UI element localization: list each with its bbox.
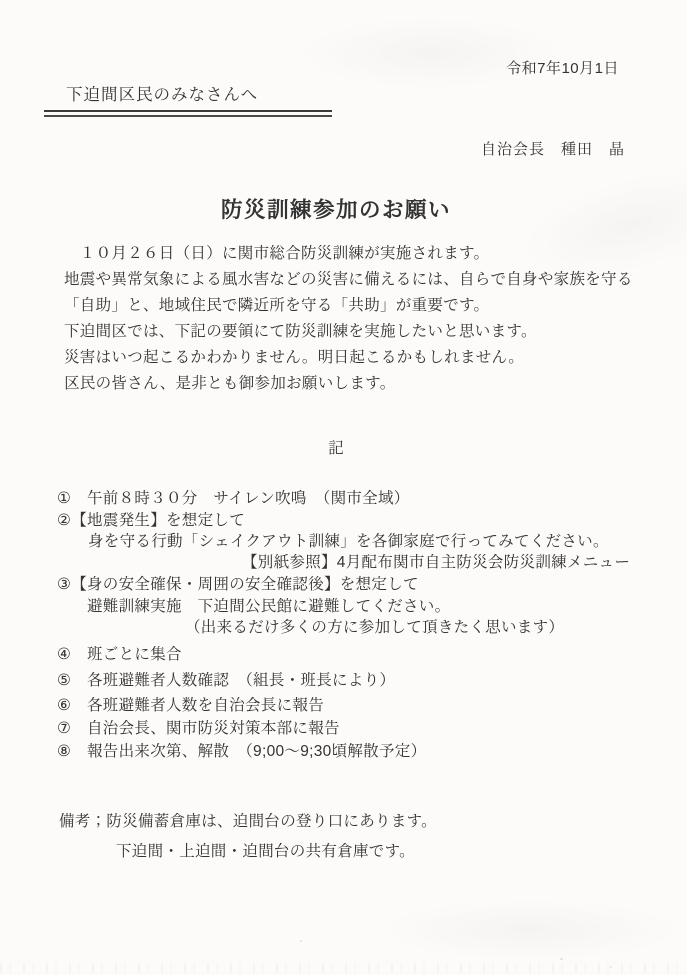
intro-line: 区民の皆さん、是非とも御参加お願いします。 — [64, 374, 396, 393]
step-5: ⑤ 各班避難者人数確認 （組長・班長により） — [57, 671, 395, 690]
addressee-double-underline — [44, 110, 332, 117]
remarks-line-1: 備考；防災備蓄倉庫は、迫間台の登り口にあります。 — [59, 812, 437, 831]
scan-speck — [610, 966, 612, 968]
signature-line: 自治会長 種田 晶 — [481, 141, 625, 160]
document-title: 防災訓練参加のお願い — [0, 193, 672, 224]
step-3-note: （出来るだけ多くの方に参加して頂きたく思います） — [185, 618, 564, 637]
step-3-detail: 避難訓練実施 下迫間公民館に避難してください。 — [87, 597, 450, 616]
step-2-reference: 【別紙参照】4月配布関市自主防災会防災訓練メニュー — [242, 553, 630, 572]
step-8: ⑧ 報告出来次第、解散 （9;00～9;30頃解散予定） — [57, 742, 426, 761]
addressee-line: 下迫間区民のみなさんへ — [66, 85, 258, 106]
date-line: 令和7年10月1日 — [506, 60, 619, 79]
intro-line: 災害はいつ起こるかわかりません。明日起こるかもしれません。 — [64, 348, 524, 367]
scanned-notice-page: 令和7年10月1日 下迫間区民のみなさんへ 自治会長 種田 晶 防災訓練参加のお… — [0, 0, 687, 975]
step-7: ⑦ 自治会長、関市防災対策本部に報告 — [57, 719, 340, 738]
remarks-line-2: 下迫間・上迫間・迫間台の共有倉庫です。 — [116, 842, 415, 861]
step-4: ④ 班ごとに集合 — [57, 645, 182, 664]
scan-speck — [560, 958, 563, 960]
scan-speck — [300, 940, 302, 942]
intro-line: 下迫間区では、下記の要領にて防災訓練を実施したいと思います。 — [64, 322, 537, 341]
step-3: ③【身の安全確保・周囲の安全確認後】を想定して — [57, 575, 419, 594]
step-2: ②【地震発生】を想定して — [57, 511, 245, 530]
intro-line: 「自助」と、地域住民で隣近所を守る「共助」が重要です。 — [64, 296, 489, 315]
scan-noise-band — [0, 963, 687, 973]
scan-smudge — [380, 900, 680, 960]
intro-line: １０月２６日（日）に関市総合防災訓練が実施されます。 — [64, 244, 489, 263]
intro-line: 地震や異常気象による風水害などの災害に備えるには、自らで自身や家族を守る — [64, 270, 633, 289]
step-2-detail: 身を守る行動「シェイクアウト訓練」を各御家庭で行ってみてください。 — [88, 532, 609, 551]
step-6: ⑥ 各班避難者人数を自治会長に報告 — [57, 696, 324, 715]
record-heading: 記 — [0, 436, 672, 458]
step-1: ① 午前８時３０分 サイレン吹鳴 （関市全域） — [57, 489, 410, 508]
